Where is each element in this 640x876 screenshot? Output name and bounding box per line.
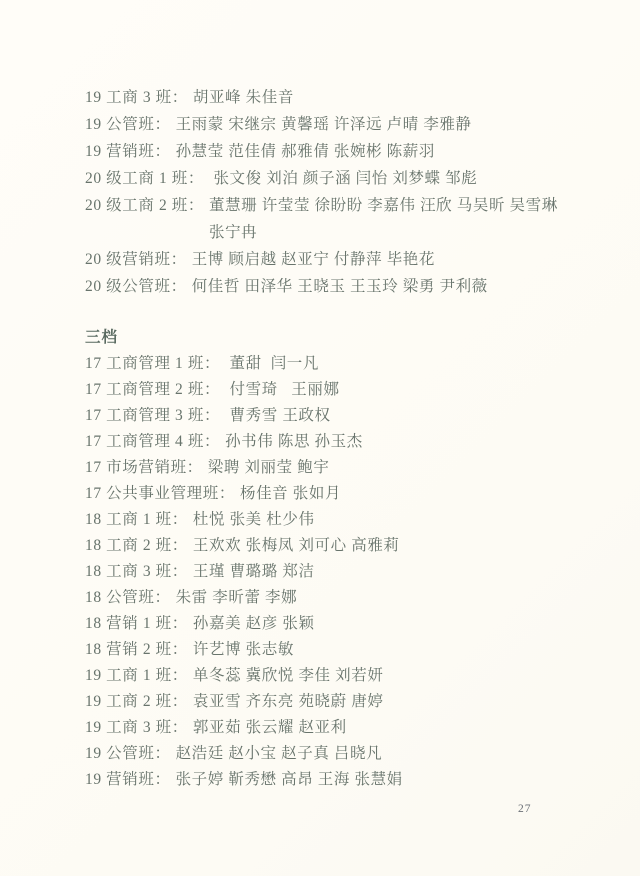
class-label: 17 工商管理 2 班： [85,381,220,398]
student-names: 杨佳音 张如月 [240,481,341,507]
roster-entry: 17 工商管理 4 班：孙书伟 陈思 孙玉杰 [85,429,590,455]
class-label: 18 工商 3 班： [85,563,188,580]
roster-entry: 19 工商 3 班：郭亚茹 张云耀 赵亚利 [85,715,590,741]
student-names: 董甜 闫一凡 [225,351,319,377]
class-label: 17 市场营销班： [85,459,203,476]
roster-entry: 18 工商 1 班：杜悦 张美 杜少伟 [85,507,590,533]
class-label: 20 级公管班： [85,278,187,295]
page-content: 19 工商 3 班：胡亚峰 朱佳音19 公管班：王雨蒙 宋继宗 黄馨瑶 许泽远 … [85,84,590,793]
roster-entry: 17 公共事业管理班：杨佳音 张如月 [85,481,590,507]
roster-entry: 20 级营销班：王博 顾启越 赵亚宁 付静萍 毕艳花 [85,246,590,273]
roster-entry: 19 工商 2 班：袁亚雪 齐东亮 苑晓蔚 唐婷 [85,689,590,715]
roster-entry: 19 公管班：王雨蒙 宋继宗 黄馨瑶 许泽远 卢晴 李雅静 [85,111,590,138]
student-names: 孙书伟 陈思 孙玉杰 [225,429,363,455]
roster-entry: 19 工商 1 班：单冬蕊 冀欣悦 李佳 刘若妍 [85,663,590,689]
roster-entry: 17 工商管理 1 班： 董甜 闫一凡 [85,351,590,377]
student-names: 赵浩廷 赵小宝 赵子真 吕晓凡 [176,741,383,767]
roster-entry: 19 工商 3 班：胡亚峰 朱佳音 [85,84,590,111]
class-label: 17 公共事业管理班： [85,485,235,502]
roster-entry: 18 营销 2 班：许艺博 张志敏 [85,637,590,663]
student-names: 张子婷 靳秀懋 高昂 王海 张慧娟 [176,767,403,793]
roster-tier3-block: 17 工商管理 1 班： 董甜 闫一凡17 工商管理 2 班： 付雪琦 王丽娜1… [85,351,590,793]
scanned-document-page: 19 工商 3 班：胡亚峰 朱佳音19 公管班：王雨蒙 宋继宗 黄馨瑶 许泽远 … [0,0,640,876]
page-number: 27 [518,803,532,815]
student-names: 王雨蒙 宋继宗 黄馨瑶 许泽远 卢晴 李雅静 [176,111,472,138]
student-names: 杜悦 张美 杜少伟 [193,507,315,533]
student-names: 王博 顾启越 赵亚宁 付静萍 毕艳花 [192,246,435,273]
section-heading-tier3: 三档 [85,325,590,351]
class-label: 19 工商 3 班： [85,89,188,106]
class-label: 19 营销班： [85,771,171,788]
roster-entry: 19 营销班：孙慧莹 范佳倩 郝雅倩 张婉彬 陈薪羽 [85,138,590,165]
student-names: 梁聘 刘丽莹 鲍宇 [208,455,330,481]
class-label: 19 工商 1 班： [85,667,188,684]
student-names: 张文俊 刘泊 颜子涵 闫怡 刘梦蝶 邹彪 [209,165,477,192]
class-label: 17 工商管理 4 班： [85,433,220,450]
student-names: 单冬蕊 冀欣悦 李佳 刘若妍 [193,663,384,689]
class-label: 19 营销班： [85,143,171,160]
roster-continued-block: 19 工商 3 班：胡亚峰 朱佳音19 公管班：王雨蒙 宋继宗 黄馨瑶 许泽远 … [85,84,590,300]
roster-entry: 19 公管班：赵浩廷 赵小宝 赵子真 吕晓凡 [85,741,590,767]
student-names: 朱雷 李昕蕾 李娜 [176,585,298,611]
student-names: 曹秀雪 王政权 [225,403,331,429]
student-names: 袁亚雪 齐东亮 苑晓蔚 唐婷 [193,689,384,715]
student-names: 何佳哲 田泽华 王晓玉 王玉玲 梁勇 尹利薇 [192,273,488,300]
class-label: 17 工商管理 1 班： [85,355,220,372]
class-label: 20 级营销班： [85,251,187,268]
roster-entry: 18 工商 2 班：王欢欢 张梅凤 刘可心 高雅莉 [85,533,590,559]
student-names: 胡亚峰 朱佳音 [193,84,294,111]
class-label: 18 工商 1 班： [85,511,188,528]
roster-entry: 20 级工商 2 班：董慧珊 许莹莹 徐盼盼 李嘉伟 汪欣 马吴昕 吴雪琳 张宁… [85,192,590,246]
class-label: 19 公管班： [85,745,171,762]
class-label: 18 公管班： [85,589,171,606]
roster-entry: 20 级工商 1 班： 张文俊 刘泊 颜子涵 闫怡 刘梦蝶 邹彪 [85,165,590,192]
class-label: 20 级工商 2 班： [85,197,204,214]
student-names: 董慧珊 许莹莹 徐盼盼 李嘉伟 汪欣 马吴昕 吴雪琳 张宁冉 [209,192,558,246]
roster-entry: 17 市场营销班：梁聘 刘丽莹 鲍宇 [85,455,590,481]
class-label: 18 营销 2 班： [85,641,188,658]
student-names: 王瑾 曹璐璐 郑洁 [193,559,315,585]
roster-entry: 17 工商管理 3 班： 曹秀雪 王政权 [85,403,590,429]
class-label: 17 工商管理 3 班： [85,407,220,424]
student-names: 孙嘉美 赵彦 张颖 [193,611,315,637]
student-names: 付雪琦 王丽娜 [225,377,340,403]
student-names: 郭亚茹 张云耀 赵亚利 [193,715,347,741]
class-label: 19 工商 3 班： [85,719,188,736]
class-label: 20 级工商 1 班： [85,170,204,187]
roster-entry: 18 公管班：朱雷 李昕蕾 李娜 [85,585,590,611]
student-names: 王欢欢 张梅凤 刘可心 高雅莉 [193,533,400,559]
class-label: 19 公管班： [85,116,171,133]
class-label: 18 营销 1 班： [85,615,188,632]
student-names: 许艺博 张志敏 [193,637,294,663]
class-label: 18 工商 2 班： [85,537,188,554]
roster-entry: 19 营销班：张子婷 靳秀懋 高昂 王海 张慧娟 [85,767,590,793]
class-label: 19 工商 2 班： [85,693,188,710]
roster-entry: 17 工商管理 2 班： 付雪琦 王丽娜 [85,377,590,403]
student-names: 孙慧莹 范佳倩 郝雅倩 张婉彬 陈薪羽 [176,138,435,165]
roster-entry: 18 工商 3 班：王瑾 曹璐璐 郑洁 [85,559,590,585]
roster-entry: 20 级公管班：何佳哲 田泽华 王晓玉 王玉玲 梁勇 尹利薇 [85,273,590,300]
roster-entry: 18 营销 1 班：孙嘉美 赵彦 张颖 [85,611,590,637]
